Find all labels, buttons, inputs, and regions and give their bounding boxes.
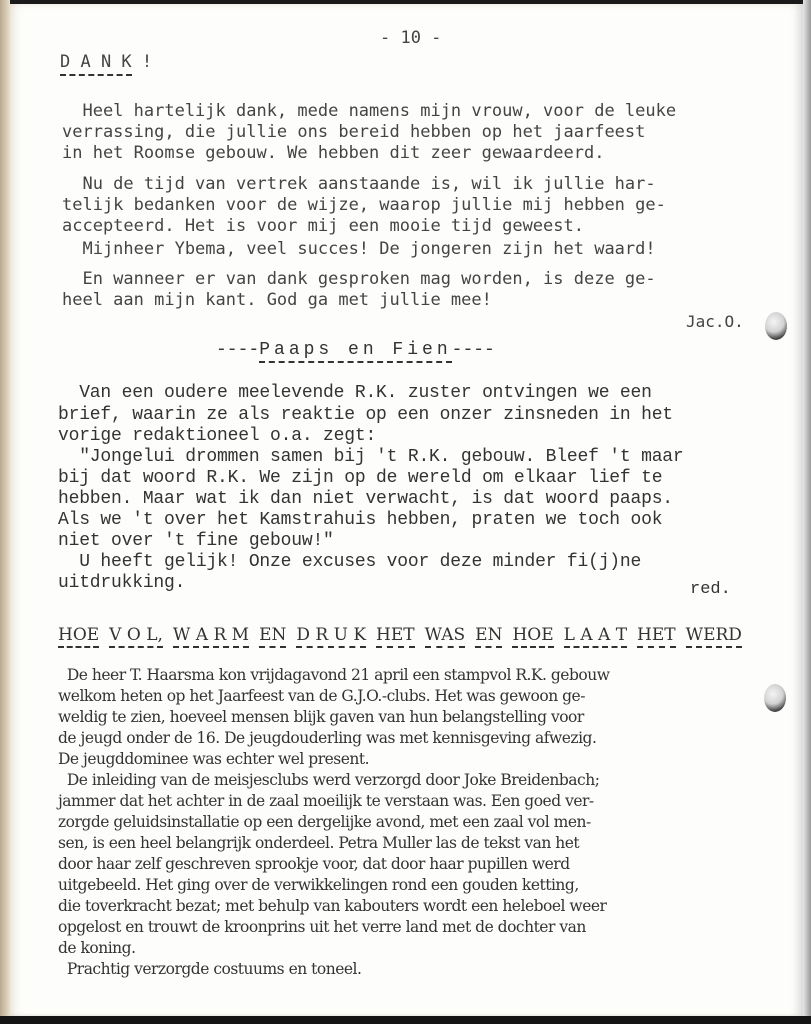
text-line: Heel hartelijk dank, mede namens mijn vr… (62, 100, 676, 122)
signature-paaps: red. (690, 580, 731, 599)
text-line: Als we 't over het Kamstrahuis hebben, p… (58, 510, 662, 531)
title-prefix: ---- (216, 340, 259, 360)
text-line: hebben. Maar wat ik dan niet verwacht, i… (58, 489, 673, 510)
text-line: die toverkracht bezat; met behulp van ka… (58, 896, 606, 918)
title-word: EN (475, 625, 502, 648)
text-line: Mijnheer Ybema, veel succes! De jongeren… (62, 238, 656, 260)
title-text: D A N K (60, 52, 132, 76)
title-word: EN (259, 625, 286, 648)
text-line: uitdrukking. (58, 573, 185, 594)
text-line: bij dat woord R.K. We zijn op de wereld … (58, 468, 662, 489)
page-bottom-edge (0, 1016, 811, 1024)
text-line: sen, is een heel belangrijk onderdeel. P… (58, 833, 579, 855)
title-word: W A R M (173, 625, 249, 648)
text-line: heel aan mijn kant. God ga met jullie me… (62, 289, 492, 311)
punch-hole-icon (765, 312, 787, 340)
title-word: HET (376, 625, 415, 648)
text-line: de koning. (58, 938, 136, 960)
section-title-hoe: HOEV O L,W A R MEND R U KHETWASENHOEL A … (58, 625, 752, 645)
title-suffix: ---- (452, 340, 495, 360)
text-line: U heeft gelijk! Onze excuses voor deze m… (58, 552, 641, 573)
text-line: telijk bedanken voor de wijze, waarop ju… (62, 194, 666, 216)
text-line: "Jongelui drommen samen bij 't R.K. gebo… (58, 447, 684, 468)
title-word: HET (637, 625, 676, 648)
text-line: uitgebeeld. Het ging over de verwikkelin… (58, 875, 579, 897)
text-line: Nu de tijd van vertrek aanstaande is, wi… (62, 173, 656, 195)
title-text: Paaps en Fien (259, 340, 451, 363)
text-line: De heer T. Haarsma kon vrijdagavond 21 a… (58, 665, 609, 687)
title-word: L A A T (564, 625, 627, 648)
text-line: Van een oudere meelevende R.K. zuster on… (58, 383, 652, 404)
title-word: V O L, (109, 625, 163, 648)
signature-dank: Jac.O. (686, 312, 744, 331)
text-line: jammer dat het achter in de zaal moeilij… (58, 791, 594, 813)
section-title-paaps: ----Paaps en Fien---- (216, 340, 495, 360)
text-line: opgelost en trouwt de kroonprins uit het… (58, 917, 586, 939)
text-line: verrassing, die jullie ons bereid hebben… (62, 121, 645, 143)
title-suffix: ! (132, 52, 152, 72)
punch-hole-icon (764, 684, 786, 712)
text-line: accepteerd. Het is voor mij een mooie ti… (62, 215, 584, 237)
text-line: welkom heten op het Jaarfeest van de G.J… (58, 686, 585, 708)
text-line: niet over 't fine gebouw!" (58, 531, 334, 552)
title-word: HOE (58, 625, 99, 648)
page-right-edge (803, 0, 811, 1024)
page-left-edge (0, 0, 10, 1024)
text-line: brief, waarin ze als reaktie op een onze… (58, 405, 673, 426)
title-word: WERD (686, 625, 742, 648)
text-line: En wanneer er van dank gesproken mag wor… (62, 268, 656, 290)
title-word: HOE (512, 625, 553, 648)
text-line: De inleiding van de meisjesclubs werd ve… (58, 770, 599, 792)
text-line: De jeugddominee was echter wel present. (58, 749, 369, 771)
text-line: door haar zelf geschreven sprookje voor,… (58, 854, 570, 876)
title-word: WAS (425, 625, 466, 648)
text-line: weldig te zien, hoeveel mensen blijk gav… (58, 707, 584, 729)
page-number: - 10 - (380, 28, 441, 48)
text-line: in het Roomse gebouw. We hebben dit zeer… (62, 142, 604, 164)
title-word: D R U K (296, 625, 366, 648)
text-line: Prachtig verzorgde costuums en toneel. (58, 959, 361, 981)
text-line: de jeugd onder de 16. De jeugdouderling … (58, 728, 596, 750)
text-line: zorgde geluidsinstallatie op een dergeli… (58, 812, 591, 834)
section-title-dank: D A N K ! (60, 52, 152, 72)
text-line: vorige redaktioneel o.a. zegt: (58, 426, 376, 447)
